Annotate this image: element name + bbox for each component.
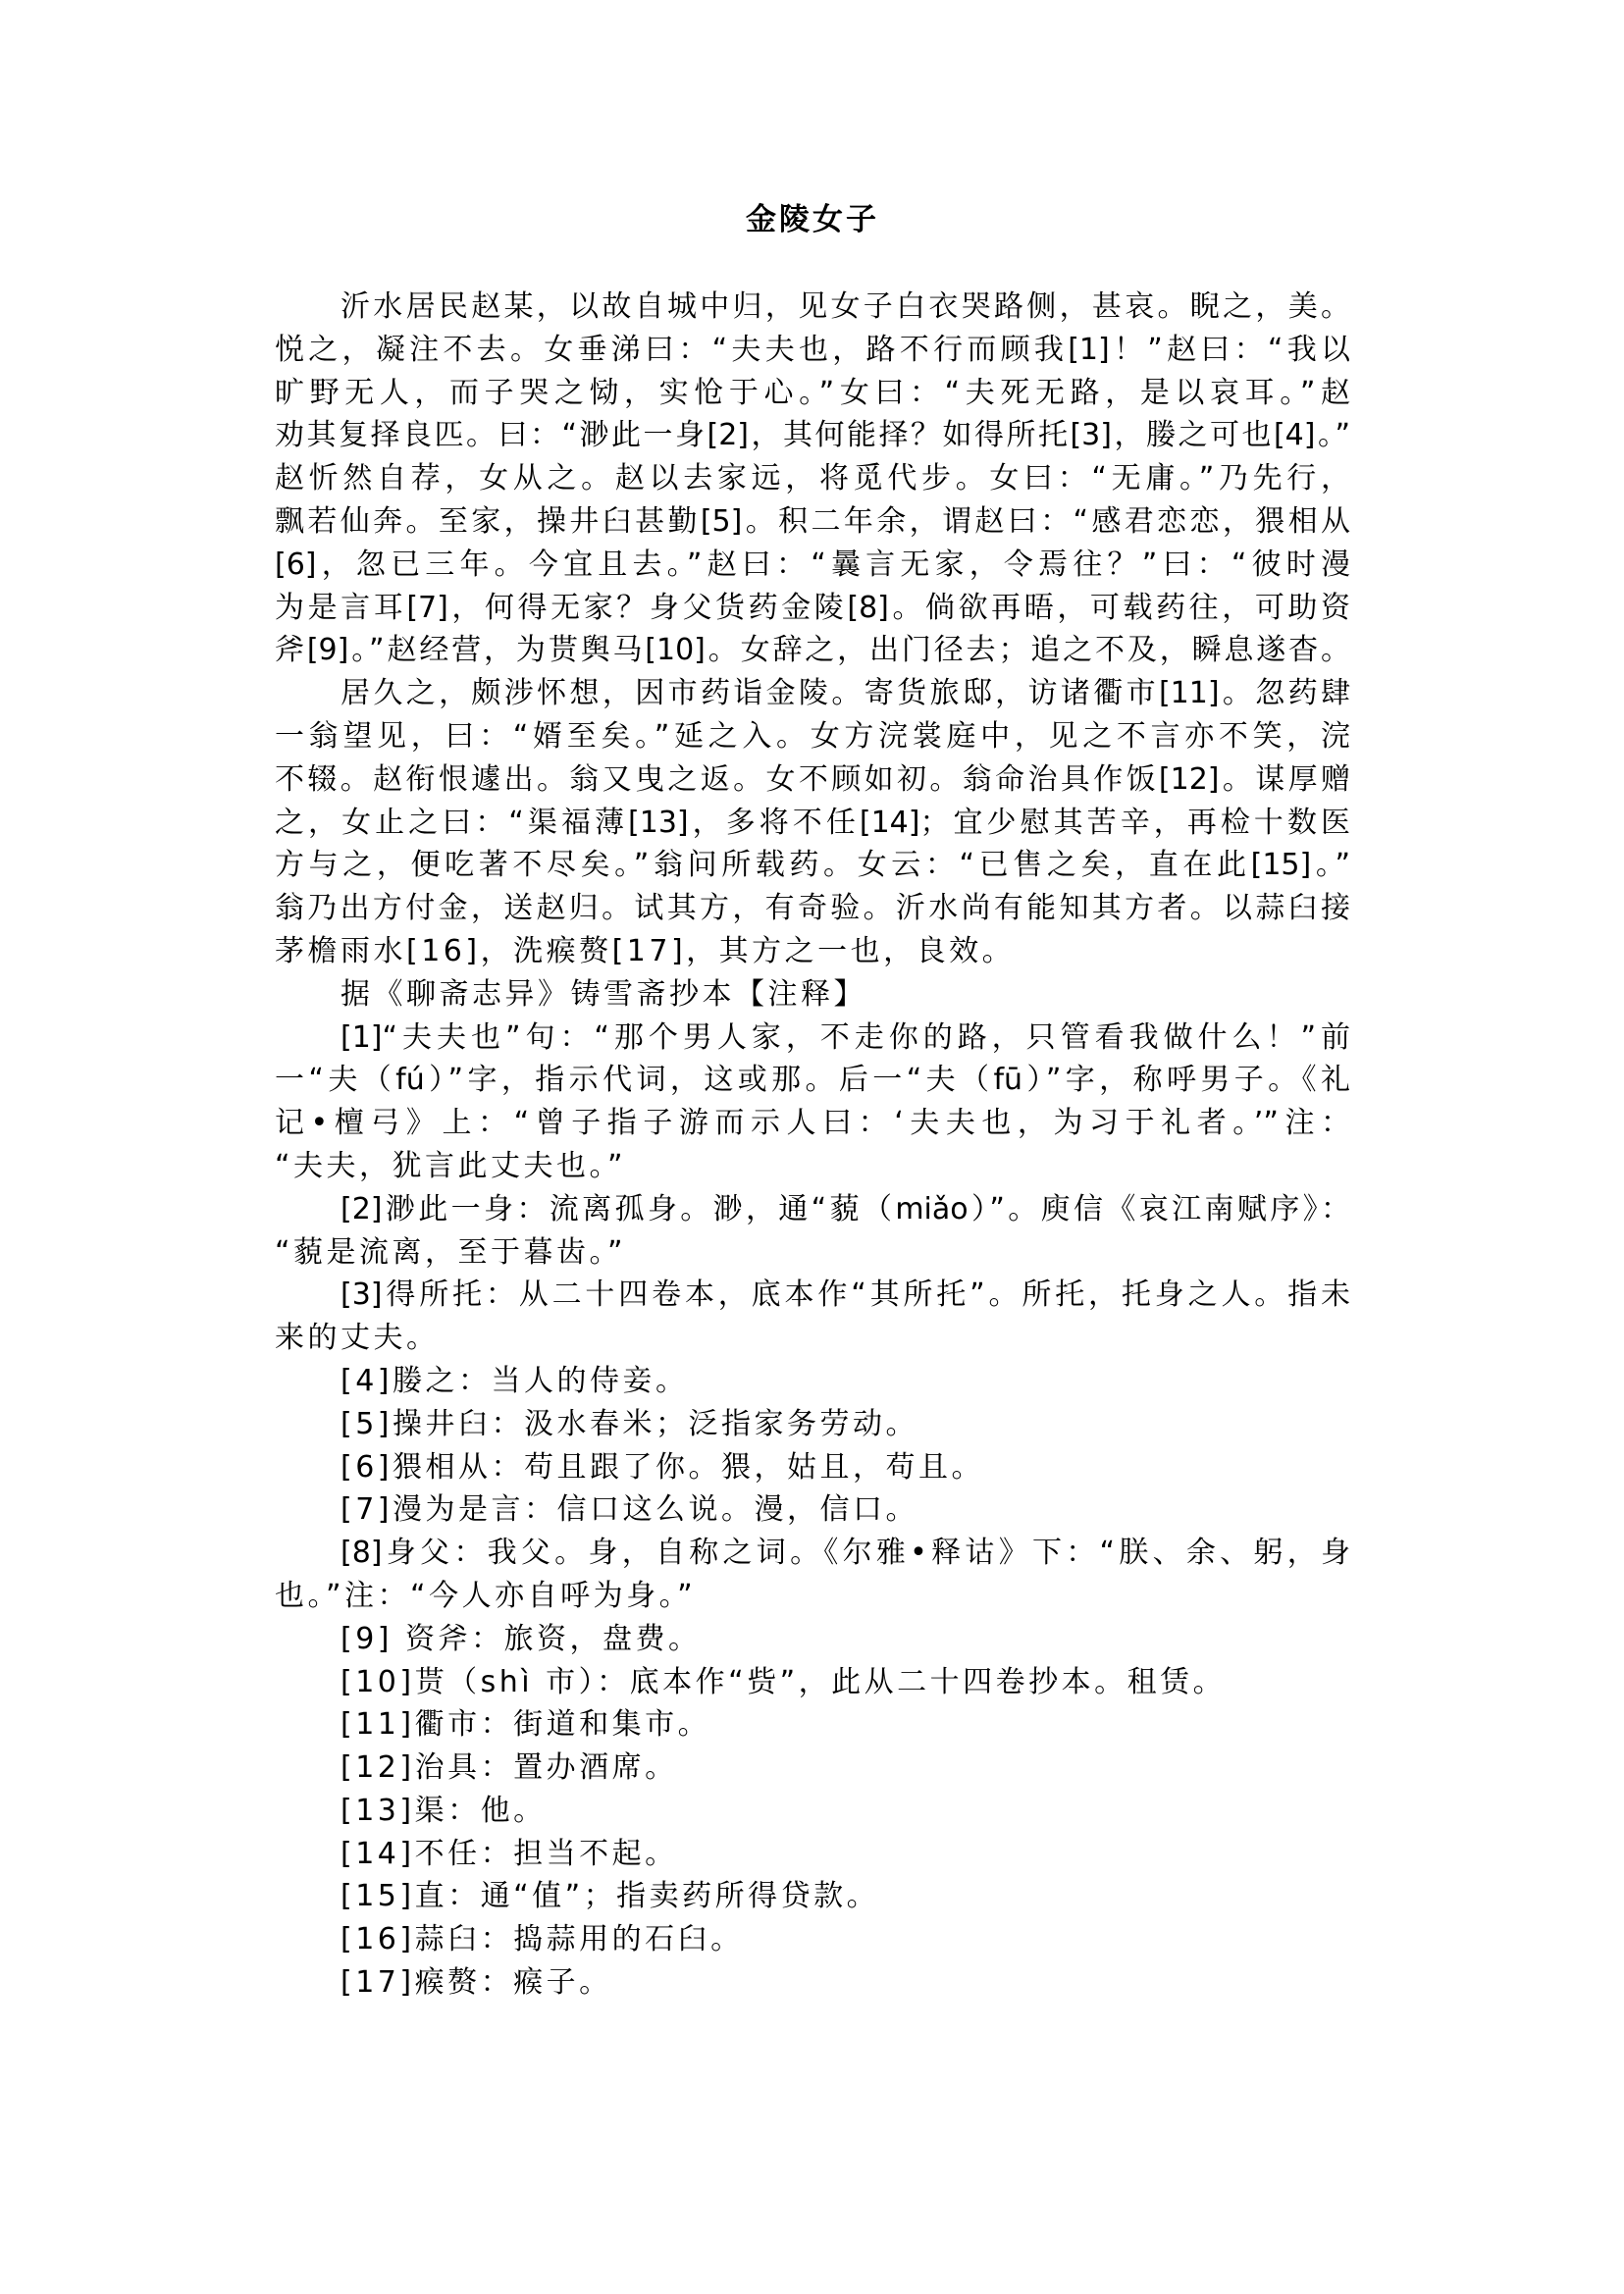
note-5: [5]操井臼：汲水春米；泛指家务劳动。 xyxy=(275,1403,1350,1446)
document-title: 金陵女子 xyxy=(275,198,1350,241)
note-line: [13]渠：他。 xyxy=(275,1790,1350,1833)
story-paragraph-2: 居久之，颇涉怀想，因市药诣金陵。寄货旅邸，访诸衢市[11]。忽药肆 一翁望见，曰… xyxy=(275,672,1350,973)
note-8: [8]身父：我父。身，自称之词。《尔雅•释诂》下：“朕、余、躬，身 也。”注：“… xyxy=(275,1532,1350,1618)
story-line: 悦之，凝注不去。女垂涕曰：“夫夫也，路不行而顾我[1]！”赵曰：“我以 xyxy=(275,329,1350,372)
story-line: 一翁望见，曰：“婿至矣。”延之入。女方浣裳庭中，见之不言亦不笑，浣 xyxy=(275,715,1350,758)
note-2: [2]渺此一身：流离孤身。渺，通“藐（miǎo）”。庾信《哀江南赋序》： “藐是… xyxy=(275,1188,1350,1275)
note-line: 来的丈夫。 xyxy=(275,1317,1350,1360)
story-line: 旷野无人，而子哭之恸，实怆于心。”女曰：“夫死无路，是以哀耳。”赵 xyxy=(275,372,1350,415)
story-paragraph-1: 沂水居民赵某，以故自城中归，见女子白衣哭路侧，甚哀。睨之，美。 悦之，凝注不去。… xyxy=(275,286,1350,672)
story-line: 不辍。赵衔恨遽出。翁又曳之返。女不顾如初。翁命治具作饭[12]。谋厚赠 xyxy=(275,758,1350,802)
story-line: 翁乃出方付金，送赵归。试其方，有奇验。沂水尚有能知其方者。以蒜臼接 xyxy=(275,887,1350,930)
source-line: 据《聊斋志异》铸雪斋抄本【注释】 xyxy=(275,973,1350,1017)
note-line: [5]操井臼：汲水春米；泛指家务劳动。 xyxy=(275,1403,1350,1446)
note-line: [8]身父：我父。身，自称之词。《尔雅•释诂》下：“朕、余、躬，身 xyxy=(275,1532,1350,1575)
note-line: 也。”注：“今人亦自呼为身。” xyxy=(275,1575,1350,1618)
story-line: 斧[9]。”赵经营，为贳舆马[10]。女辞之，出门径去；追之不及，瞬息遂杳。 xyxy=(275,629,1350,672)
story-line: [6]，忽已三年。今宜且去。”赵曰：“曩言无家，令焉往？”曰：“彼时漫 xyxy=(275,544,1350,587)
note-9: [9] 资斧：旅资，盘费。 xyxy=(275,1618,1350,1661)
story-line: 赵忻然自荐，女从之。赵以去家远，将觅代步。女曰：“无庸。”乃先行， xyxy=(275,457,1350,500)
note-line: [14]不任：担当不起。 xyxy=(275,1833,1350,1876)
notes-list: [1]“夫夫也”句：“那个男人家，不走你的路，只管看我做什么！”前 一“夫（fú… xyxy=(275,1017,1350,2005)
note-12: [12]治具：置办酒席。 xyxy=(275,1747,1350,1790)
note-17: [17]瘊赘：瘊子。 xyxy=(275,1961,1350,2005)
note-13: [13]渠：他。 xyxy=(275,1790,1350,1833)
note-14: [14]不任：担当不起。 xyxy=(275,1833,1350,1876)
document-body: 沂水居民赵某，以故自城中归，见女子白衣哭路侧，甚哀。睨之，美。 悦之，凝注不去。… xyxy=(275,286,1350,2005)
note-line: [11]衢市：街道和集市。 xyxy=(275,1703,1350,1747)
note-line: [3]得所托：从二十四卷本，底本作“其所托”。所托，托身之人。指未 xyxy=(275,1274,1350,1317)
note-16: [16]蒜臼：捣蒜用的石臼。 xyxy=(275,1918,1350,1961)
note-line: [1]“夫夫也”句：“那个男人家，不走你的路，只管看我做什么！”前 xyxy=(275,1017,1350,1060)
note-line: [15]直：通“值”；指卖药所得贷款。 xyxy=(275,1875,1350,1918)
note-10: [10]贳（shì 市）：底本作“赀”，此从二十四卷抄本。租赁。 xyxy=(275,1661,1350,1704)
story-line: 为是言耳[7]，何得无家？身父货药金陵[8]。倘欲再晤，可载药往，可助资 xyxy=(275,587,1350,630)
note-4: [4]媵之：当人的侍妾。 xyxy=(275,1360,1350,1403)
note-15: [15]直：通“值”；指卖药所得贷款。 xyxy=(275,1875,1350,1918)
story-line: 沂水居民赵某，以故自城中归，见女子白衣哭路侧，甚哀。睨之，美。 xyxy=(275,286,1350,329)
note-line: “夫夫，犹言此丈夫也。” xyxy=(275,1145,1350,1188)
note-11: [11]衢市：街道和集市。 xyxy=(275,1703,1350,1747)
note-line: [9] 资斧：旅资，盘费。 xyxy=(275,1618,1350,1661)
note-line: [6]猥相从：苟且跟了你。猥，姑且，苟且。 xyxy=(275,1446,1350,1489)
story-line: 居久之，颇涉怀想，因市药诣金陵。寄货旅邸，访诸衢市[11]。忽药肆 xyxy=(275,672,1350,715)
note-line: [12]治具：置办酒席。 xyxy=(275,1747,1350,1790)
note-line: [16]蒜臼：捣蒜用的石臼。 xyxy=(275,1918,1350,1961)
note-line: “藐是流离，至于暮齿。” xyxy=(275,1231,1350,1275)
note-1: [1]“夫夫也”句：“那个男人家，不走你的路，只管看我做什么！”前 一“夫（fú… xyxy=(275,1017,1350,1188)
note-7: [7]漫为是言：信口这么说。漫，信口。 xyxy=(275,1488,1350,1532)
note-6: [6]猥相从：苟且跟了你。猥，姑且，苟且。 xyxy=(275,1446,1350,1489)
note-3: [3]得所托：从二十四卷本，底本作“其所托”。所托，托身之人。指未 来的丈夫。 xyxy=(275,1274,1350,1360)
story-line: 劝其复择良匹。曰：“渺此一身[2]，其何能择？如得所托[3]，媵之可也[4]。” xyxy=(275,414,1350,457)
note-line: [7]漫为是言：信口这么说。漫，信口。 xyxy=(275,1488,1350,1532)
story-line: 飘若仙奔。至家，操井臼甚勤[5]。积二年余，谓赵曰：“感君恋恋，猥相从 xyxy=(275,500,1350,544)
story-line: 方与之，便吃著不尽矣。”翁问所载药。女云：“已售之矣，直在此[15]。” xyxy=(275,844,1350,887)
note-line: 一“夫（fú）”字，指示代词，这或那。后一“夫（fū）”字，称呼男子。《礼 xyxy=(275,1059,1350,1102)
story-line: 茅檐雨水[16]，洗瘊赘[17]，其方之一也，良效。 xyxy=(275,930,1350,973)
note-line: [10]贳（shì 市）：底本作“赀”，此从二十四卷抄本。租赁。 xyxy=(275,1661,1350,1704)
document-page: 金陵女子 沂水居民赵某，以故自城中归，见女子白衣哭路侧，甚哀。睨之，美。 悦之，… xyxy=(275,198,1350,2005)
note-line: 记•檀弓》上：“曾子指子游而示人曰：‘夫夫也，为习于礼者。’”注： xyxy=(275,1102,1350,1145)
note-line: [17]瘊赘：瘊子。 xyxy=(275,1961,1350,2005)
story-line: 之，女止之曰：“渠福薄[13]，多将不任[14]；宜少慰其苦辛，再检十数医 xyxy=(275,802,1350,845)
note-line: [4]媵之：当人的侍妾。 xyxy=(275,1360,1350,1403)
note-line: [2]渺此一身：流离孤身。渺，通“藐（miǎo）”。庾信《哀江南赋序》： xyxy=(275,1188,1350,1231)
